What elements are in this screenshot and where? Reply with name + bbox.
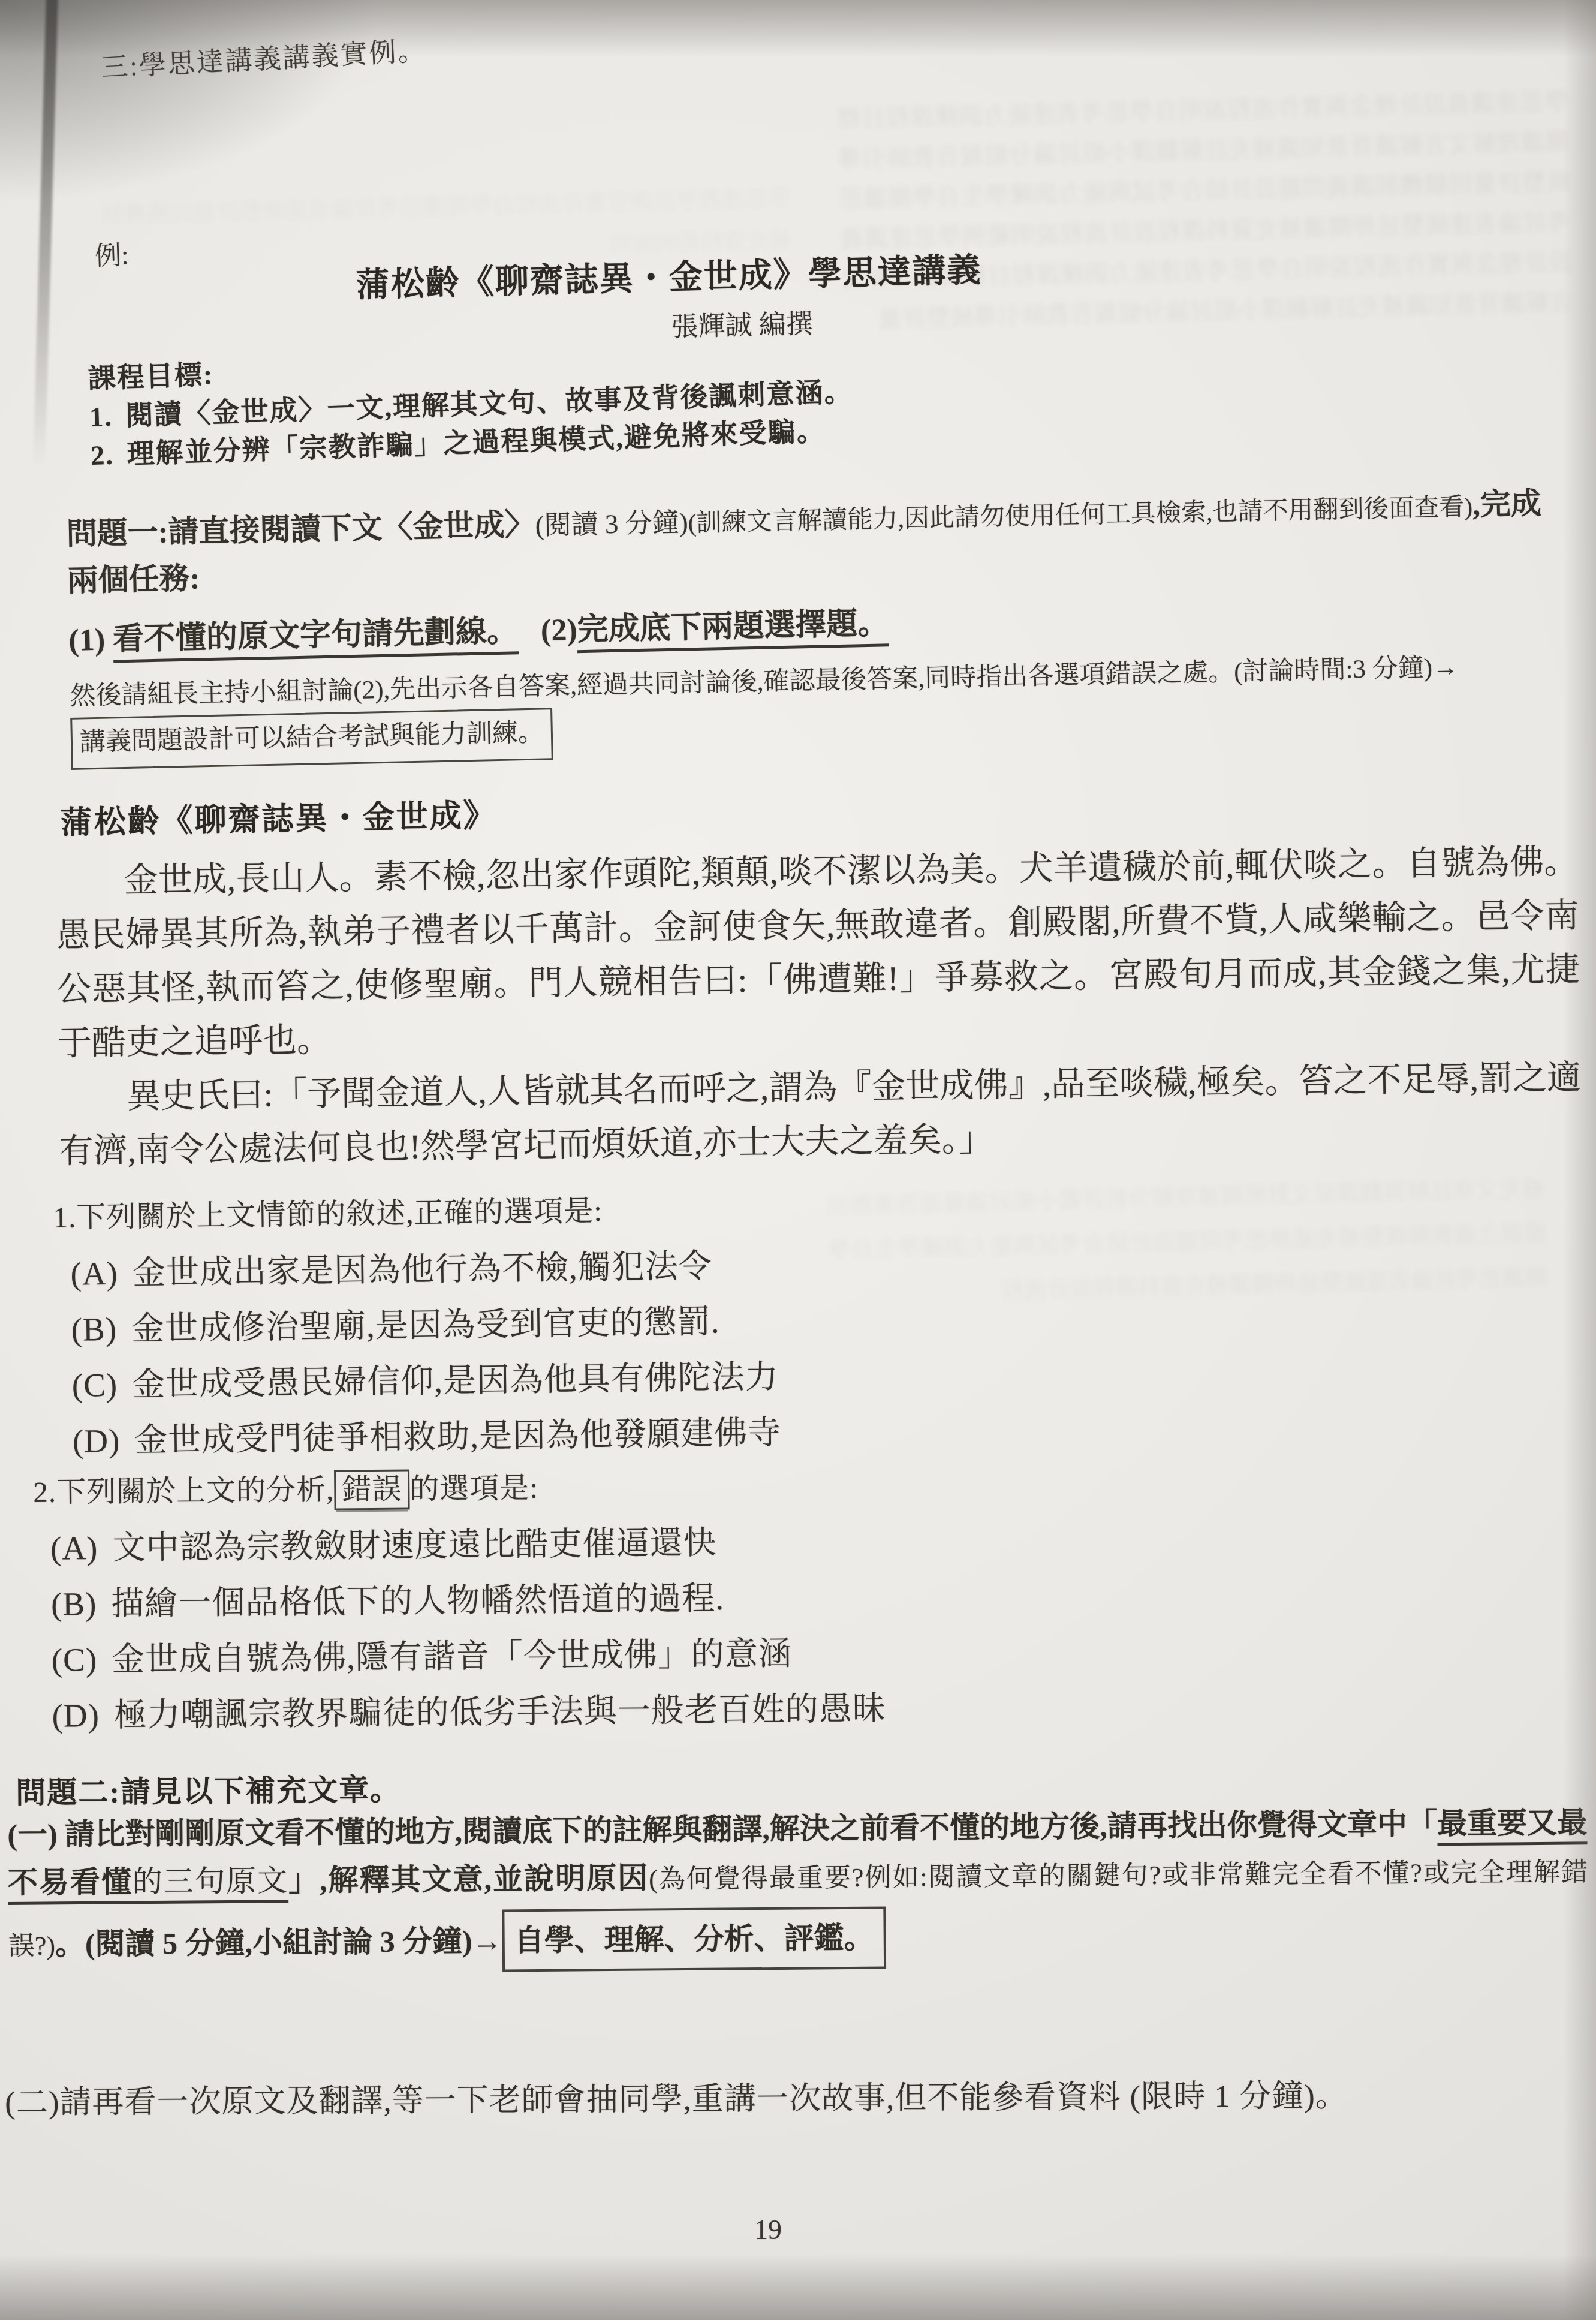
photo-bottom-shadow — [0, 2254, 1596, 2320]
passage-title: 蒲松齡《聊齋誌異・金世成》 — [60, 790, 497, 843]
task1-discussion-note: 然後請組長主持小組討論(2),先出示各自答案,經過共同討論後,確認最後答案,同時… — [70, 653, 1458, 710]
task2-item1: (一) 請比對剛剛原文看不懂的地方,閱讀底下的註解與翻譯,解決之前看不懂的地方後… — [7, 1798, 1588, 1976]
option-text: 文中認為宗教斂財速度遠比酷吏催逼還快 — [112, 1524, 717, 1566]
task1-training-note: (訓練文言解讀能力,因此請勿使用任何工具檢索,也請不用翻到後面查看) — [688, 494, 1473, 537]
subtask2-number: (2) — [540, 613, 577, 648]
option-text: 金世成自號為佛,隱有諧音「今世成佛」的意涵 — [112, 1635, 792, 1678]
passage-paragraph: 金世成,長山人。素不檢,忽出家作頭陀,類顛,啖不潔以為美。犬羊遺穢於前,輒伏啖之… — [55, 835, 1580, 1071]
task2-item2: (二)請再看一次原文及翻譯,等一下老師會抽同學,重講一次故事,但不能參看資料 (… — [5, 2069, 1594, 2123]
option-text: 金世成受愚民婦信仰,是因為他具有佛陀法力 — [132, 1358, 779, 1403]
option-label: (D) — [52, 1687, 100, 1744]
subtask1-text: 看不懂的原文字句請先劃線。 — [113, 614, 519, 663]
option-text: 金世成出家是因為他行為不檢,觸犯法令 — [133, 1248, 712, 1292]
photo-corner-shadow — [0, 0, 384, 204]
task1-block: 問題一:請直接閱讀下文〈金世成〉(閱讀 3 分鐘)(訓練文言解讀能力,因此請勿使… — [66, 481, 1561, 770]
scanned-page: 學思達講義設計理念與實作流程說明自學思考表達能力訓練課程目標閱讀理解文言解讀背景… — [0, 0, 1596, 2320]
item1-number: (一) — [7, 1818, 65, 1852]
task1-design-note-box: 講義問題設計可以結合考試與能力訓練。 — [70, 708, 553, 770]
option-label: (A) — [50, 1520, 98, 1576]
option-label: (D) — [72, 1413, 120, 1469]
item1-underlined-phrase: 的三句原文 — [133, 1864, 289, 1904]
passage-paragraph: 異史氏曰:「予聞金道人,人皆就其名而呼之,謂為『金世成佛』,品至啖穢,極矣。笞之… — [58, 1051, 1582, 1179]
task1-lead: 問題一:請直接閱讀下文〈金世成〉 — [66, 508, 535, 552]
subtask1-number: (1) — [68, 622, 113, 658]
page-number: 19 — [754, 2214, 782, 2246]
subtask2-text: 完成底下兩題選擇題。 — [577, 606, 889, 653]
course-goals: 課程目標: 1.閱讀〈金世成〉一文,理解其文句、故事及背後諷刺意涵。 2.理解並… — [88, 335, 855, 475]
question-1: 1.下列關於上文情節的敘述,正確的選項是: (A)金世成出家是因為他行為不檢,觸… — [53, 1176, 1555, 1469]
option-text: 極力嘲諷宗教界騙徒的低劣手法與一般老百姓的愚昧 — [114, 1690, 886, 1734]
task1-followup: 然後請組長主持小組討論(2),先出示各自答案,經過共同討論後,確認最後答案,同時… — [70, 644, 1561, 770]
item1-text: 。(閱讀 5 分鐘,小組討論 3 分鐘)→ — [55, 1924, 502, 1961]
option-label: (B) — [71, 1301, 117, 1358]
task1-reading-time: (閱讀 3 分鐘) — [535, 507, 688, 540]
option-label: (C) — [71, 1357, 118, 1413]
item1-skills-box: 自學、理解、分析、評鑑。 — [502, 1906, 886, 1972]
goal-number: 1. — [89, 398, 113, 437]
photo-right-shadow — [1563, 0, 1596, 2320]
goal-number: 2. — [90, 436, 115, 475]
option-label: (A) — [70, 1245, 118, 1302]
option-label: (B) — [51, 1576, 97, 1632]
option-text: 金世成受門徒爭相救助,是因為他發願建佛寺 — [134, 1414, 781, 1458]
stem-text: 2.下列關於上文的分析, — [33, 1473, 334, 1509]
stem-text: 的選項是: — [409, 1472, 538, 1506]
item1-text: 」,解釋其文意,並說明原因 — [288, 1861, 649, 1898]
option-text: 描繪一個品格低下的人物幡然悟道的過程. — [111, 1580, 724, 1622]
stem-boxed-word: 錯誤 — [334, 1470, 410, 1510]
question-2: 2.下列關於上文的分析,錯誤的選項是: (A)文中認為宗教斂財速度遠比酷吏催逼還… — [33, 1456, 1546, 1744]
option-text: 金世成修治聖廟,是因為受到官吏的懲罰. — [131, 1303, 720, 1347]
question-1-stem: 1.下列關於上文情節的敘述,正確的選項是: — [53, 1176, 1552, 1236]
option-label: (C) — [51, 1632, 97, 1688]
item1-text: 請比對剛剛原文看不懂的地方,閱讀底下的註解與翻譯,解決之前看不懂的地方後,請再找… — [65, 1807, 1437, 1851]
passage-body: 金世成,長山人。素不檢,忽出家作頭陀,類顛,啖不潔以為美。犬羊遺穢於前,輒伏啖之… — [55, 835, 1582, 1179]
task2-heading: 問題二:請見以下補充文章。 — [16, 1765, 401, 1812]
task1-instructions: 問題一:請直接閱讀下文〈金世成〉(閱讀 3 分鐘)(訓練文言解讀能力,因此請勿使… — [66, 481, 1558, 605]
